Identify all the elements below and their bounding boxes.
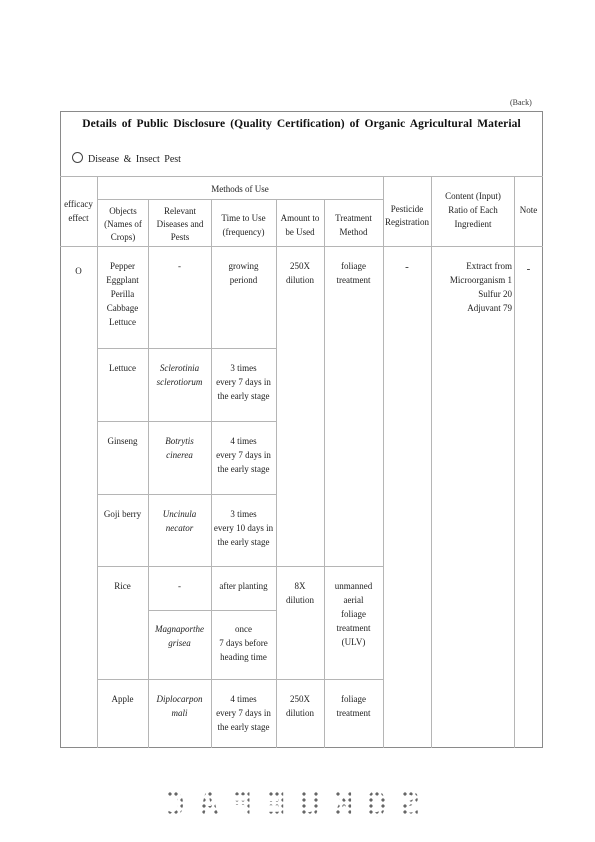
content-line: Microorganism 1 <box>431 273 512 287</box>
section-label: Disease & Insect Pest <box>88 154 181 165</box>
perforation-letter: K <box>333 785 353 825</box>
header-efficacy: efficacy effect <box>60 197 97 225</box>
table-cell-disease: - <box>148 259 211 273</box>
perforation-letter: U <box>299 785 319 825</box>
content-ratio: Extract from Microorganism 1 Sulfur 20 A… <box>431 259 512 315</box>
divider <box>97 199 383 200</box>
divider <box>97 566 383 567</box>
pesticide-value: - <box>383 260 431 274</box>
table-cell-amount: 250X dilution <box>276 692 324 720</box>
header-pesticide: Pesticide Registration <box>383 203 431 229</box>
table-cell-disease: - <box>148 579 211 593</box>
content-line: Adjuvant 79 <box>431 301 512 315</box>
table-cell-time: once 7 days before heading time <box>211 622 276 664</box>
header-treatment: Treatment Method <box>324 211 383 239</box>
header-time: Time to Use (frequency) <box>211 211 276 239</box>
table-cell-crops: Ginseng <box>97 434 148 448</box>
header-objects: Objects (Names of Crops) <box>98 205 148 244</box>
perforation-letter: O <box>366 785 386 825</box>
perforation-letter: S <box>400 785 420 825</box>
table-cell-disease: Magnaporthe grisea <box>148 622 211 650</box>
divider <box>97 421 276 422</box>
table-cell-time: 3 times every 7 days in the early stage <box>211 361 276 403</box>
table-cell-crops: Lettuce <box>97 361 148 375</box>
table-cell-disease: Uncinula necator <box>148 507 211 535</box>
header-methods-of-use: Methods of Use <box>97 182 383 196</box>
header-amount: Amount to be Used <box>276 211 324 239</box>
header-note: Note <box>514 203 543 217</box>
divider <box>97 679 383 680</box>
content-line: Extract from <box>431 259 512 273</box>
perforation-letter: A <box>199 785 219 825</box>
table-cell-crops: Apple <box>97 692 148 706</box>
header-content: Content (Input) Ratio of Each Ingredient <box>436 189 510 231</box>
divider <box>60 176 543 177</box>
table-cell-crops: Rice <box>97 579 148 593</box>
table-cell-amount: 8X dilution <box>276 579 324 607</box>
table-cell-crops: Goji berry <box>97 507 148 521</box>
table-cell-time: 4 times every 7 days in the early stage <box>211 434 276 476</box>
page-title: Details of Public Disclosure (Quality Ce… <box>60 118 543 130</box>
efficacy-value: O <box>60 264 97 278</box>
section-heading: Disease & Insect Pest <box>72 152 181 165</box>
table-cell-treatment: foliage treatment <box>324 692 383 720</box>
table-cell-disease: Botrytis cinerea <box>148 434 211 462</box>
table-cell-amount: 250X dilution <box>276 259 324 287</box>
table-cell-time: 3 times every 10 days in the early stage <box>211 507 276 549</box>
divider <box>148 199 149 748</box>
perforation-letter: E <box>266 785 286 825</box>
divider <box>60 246 543 247</box>
note-value: - <box>514 262 543 276</box>
perforation-stamp: SOKUEFAC <box>165 783 420 827</box>
table-cell-crops: Pepper Eggplant Perilla Cabbage Lettuce <box>97 259 148 329</box>
divider <box>97 348 276 349</box>
divider <box>97 494 276 495</box>
table-cell-time: 4 times every 7 days in the early stage <box>211 692 276 734</box>
header-diseases: Relevant Diseases and Pests <box>149 205 211 244</box>
page-marker: (Back) <box>510 98 532 107</box>
divider <box>148 610 276 611</box>
table-cell-disease: Diplocarpon mali <box>148 692 211 720</box>
content-line: Sulfur 20 <box>431 287 512 301</box>
table-cell-treatment: foliage treatment <box>324 259 383 287</box>
table-cell-disease: Sclerotinia sclerotiorum <box>148 361 211 389</box>
table-cell-treatment: unmanned aerial foliage treatment (ULV) <box>324 579 383 649</box>
perforation-letter: C <box>165 785 185 825</box>
circle-bullet-icon <box>72 152 83 163</box>
table-cell-time: after planting <box>211 579 276 593</box>
table-cell-time: growing periond <box>211 259 276 287</box>
perforation-letter: F <box>232 785 252 825</box>
